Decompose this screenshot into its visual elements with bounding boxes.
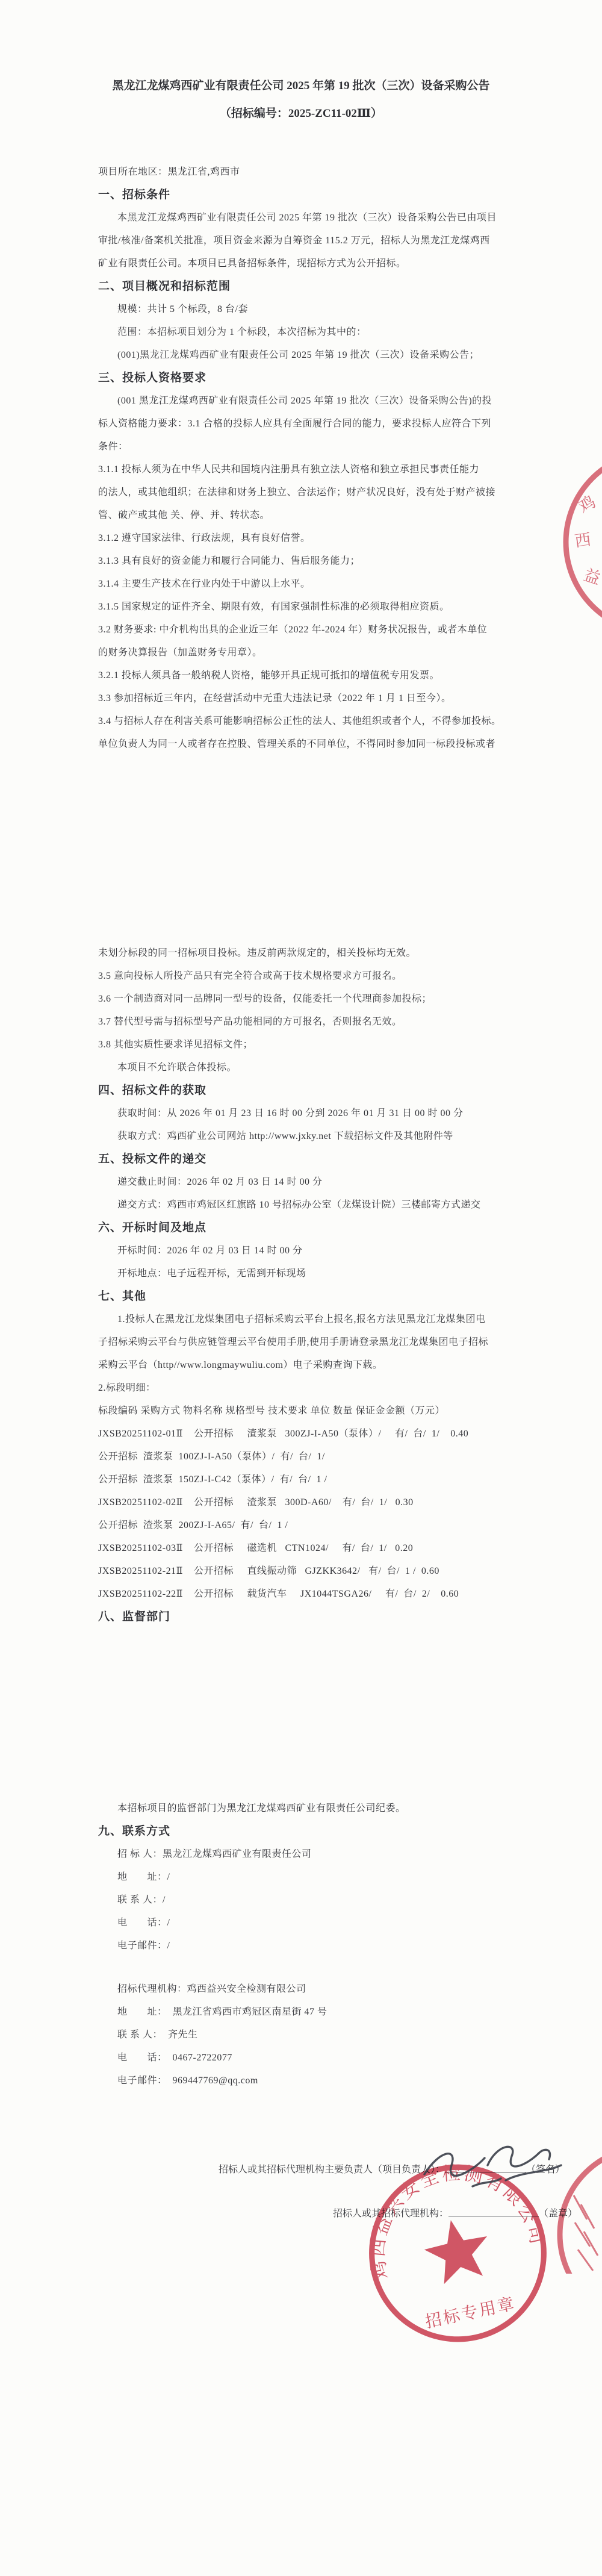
doc-line: 电子邮件： 969447769@qq.com xyxy=(98,2069,520,2092)
doc-line: 开标时间：2026 年 02 月 03 日 14 时 00 分 xyxy=(98,1240,520,1262)
doc-line: JXSB20251102-22Ⅱ 公开招标 载货汽车 JX1044TSGA26/… xyxy=(98,1583,520,1606)
doc-line: 地 址： 黑龙江省鸡西市鸡冠区南星街 47 号 xyxy=(98,2001,520,2024)
doc-line: 3.7 替代型号需与招标型号产品功能相同的方可报名，否则报名无效。 xyxy=(98,1011,520,1034)
section-heading: 八、监督部门 xyxy=(98,1606,520,1629)
doc-line: 2.标段明细： xyxy=(98,1377,520,1400)
doc-line: 联 系 人： 齐先生 xyxy=(98,2024,520,2047)
doc-line: 3.1.3 具有良好的资金能力和履行合同能力、售后服务能力； xyxy=(98,550,520,573)
body-block-2: 未划分标段的同一招标项目投标。违反前两款规定的，相关投标均无效。3.5 意向投标… xyxy=(98,942,520,1629)
doc-line: 获取方式：鸡西矿业公司网站 http://www.jxky.net 下载招标文件… xyxy=(98,1125,520,1148)
doc-line: 矿业有限责任公司。本项目已具备招标条件，现招标方式为公开招标。 xyxy=(98,252,520,275)
doc-line: 电 话：/ xyxy=(98,1912,520,1935)
section-heading: 六、开标时间及地点 xyxy=(98,1217,520,1240)
doc-line: 公开招标 渣浆泵 100ZJ-I-A50（泵体）/ 有/ 台/ 1/ xyxy=(98,1445,520,1468)
doc-line: 3.1.2 遵守国家法律、行政法规，具有良好信誉。 xyxy=(98,527,520,550)
doc-line: 范围：本招标项目划分为 1 个标段，本次招标为其中的： xyxy=(98,321,520,344)
doc-line: 地 址：/ xyxy=(98,1866,520,1889)
doc-line: 递交方式：鸡西市鸡冠区红旗路 10 号招标办公室（龙煤设计院）三楼邮寄方式递交 xyxy=(98,1194,520,1217)
doc-line: 采购云平台（http//www.longmaywuliu.com）电子采购查询下… xyxy=(98,1354,520,1377)
section-heading: 九、联系方式 xyxy=(98,1820,520,1843)
doc-line: 3.1.5 国家规定的证件齐全、期限有效，有国家强制性标准的必须取得相应资质。 xyxy=(98,596,520,619)
doc-line: 的法人，或其他组织；在法律和财务上独立、合法运作；财产状况良好，没有处于财产被接 xyxy=(98,481,520,504)
doc-line: 3.8 其他实质性要求详见招标文件； xyxy=(98,1034,520,1056)
title-line-2: （招标编号：2025-ZC11-02Ⅲ） xyxy=(0,100,602,128)
doc-line: 标人资格能力要求：3.1 合格的投标人应具有全面履行合同的能力，要求投标人应符合… xyxy=(98,413,520,435)
doc-line: 3.4 与招标人存在利害关系可能影响招标公正性的法人、其他组织或者个人，不得参加… xyxy=(98,710,520,733)
doc-line: 联 系 人：/ xyxy=(98,1889,520,1912)
doc-line: 3.1.4 主要生产技术在行业内处于中游以上水平。 xyxy=(98,573,520,596)
doc-line: 本项目不允许联合体投标。 xyxy=(98,1056,520,1079)
doc-line: 条件： xyxy=(98,435,520,458)
doc-line: (001)黑龙江龙煤鸡西矿业有限责任公司 2025 年第 19 批次（三次）设备… xyxy=(98,344,520,367)
doc-line: JXSB20251102-21Ⅱ 公开招标 直线振动筛 GJZKK3642/ 有… xyxy=(98,1560,520,1583)
doc-line: 规模：共计 5 个标段，8 台/套 xyxy=(98,298,520,321)
scanned-tender-announcement-page: 黑龙江龙煤鸡西矿业有限责任公司 2025 年第 19 批次（三次）设备采购公告 … xyxy=(0,0,602,2576)
doc-line: 本招标项目的监督部门为黑龙江龙煤鸡西矿业有限责任公司纪委。 xyxy=(98,1797,520,1820)
section-heading: 二、项目概况和招标范围 xyxy=(98,275,520,298)
document-body: 项目所在地区：黑龙江省,鸡西市一、招标条件本黑龙江龙煤鸡西矿业有限责任公司 20… xyxy=(98,161,520,2225)
doc-line: 3.2.1 投标人须具备一般纳税人资格，能够开具正规可抵扣的增值税专用发票。 xyxy=(98,664,520,687)
doc-line: 3.1.1 投标人须为在中华人民共和国境内注册具有独立法人资格和独立承担民事责任… xyxy=(98,458,520,481)
doc-line: 的财务决算报告（加盖财务专用章）。 xyxy=(98,641,520,664)
doc-line: 单位负责人为同一人或者存在控股、管理关系的不同单位，不得同时参加同一标段投标或者 xyxy=(98,733,520,756)
doc-line: 开标地点：电子远程开标，无需到开标现场 xyxy=(98,1262,520,1285)
section-heading: 四、招标文件的获取 xyxy=(98,1079,520,1102)
section-heading: 三、投标人资格要求 xyxy=(98,367,520,390)
doc-line: JXSB20251102-01Ⅱ 公开招标 渣浆泵 300ZJ-I-A50（泵体… xyxy=(98,1423,520,1445)
doc-line: 公开招标 渣浆泵 200ZJ-I-A65/ 有/ 台/ 1 / xyxy=(98,1514,520,1537)
doc-line: 未划分标段的同一招标项目投标。违反前两款规定的，相关投标均无效。 xyxy=(98,942,520,965)
doc-line: 本黑龙江龙煤鸡西矿业有限责任公司 2025 年第 19 批次（三次）设备采购公告… xyxy=(98,207,520,229)
doc-line: 3.2 财务要求: 中介机构出具的企业近三年（2022 年-2024 年）财务状… xyxy=(98,619,520,641)
body-block-1: 项目所在地区：黑龙江省,鸡西市一、招标条件本黑龙江龙煤鸡西矿业有限责任公司 20… xyxy=(98,161,520,756)
doc-line: 审批/核准/备案机关批准，项目资金来源为自筹资金 115.2 万元，招标人为黑龙… xyxy=(98,229,520,252)
section-heading: 一、招标条件 xyxy=(98,184,520,207)
doc-line: 递交截止时间：2026 年 02 月 03 日 14 时 00 分 xyxy=(98,1171,520,1194)
doc-line: JXSB20251102-03Ⅱ 公开招标 磁选机 CTN1024/ 有/ 台/… xyxy=(98,1537,520,1560)
doc-line: 招标代理机构：鸡西益兴安全检测有限公司 xyxy=(98,1978,520,2001)
doc-line: 公开招标 渣浆泵 150ZJ-I-C42（泵体）/ 有/ 台/ 1 / xyxy=(98,1468,520,1491)
doc-line: 子招标采购云平台与供应链管理云平台使用手册,使用手册请登录黑龙江龙煤集团电子招标 xyxy=(98,1331,520,1354)
doc-line: 1.投标人在黑龙江龙煤集团电子招标采购云平台上报名,报名方法见黑龙江龙煤集团电 xyxy=(98,1308,520,1331)
doc-line: (001 黑龙江龙煤鸡西矿业有限责任公司 2025 年第 19 批次（三次）设备… xyxy=(98,390,520,413)
partial-stamp-top-right: 鸡 西 益 xyxy=(560,446,602,641)
doc-line: 获取时间：从 2026 年 01 月 23 日 16 时 00 分到 2026 … xyxy=(98,1102,520,1125)
doc-line: 3.5 意向投标人所投产品只有完全符合或高于技术规格要求方可报名。 xyxy=(98,965,520,988)
doc-line: 招 标 人：黑龙江龙煤鸡西矿业有限责任公司 xyxy=(98,1843,520,1866)
svg-text:益: 益 xyxy=(582,566,602,588)
doc-line: 电 话： 0467-2722077 xyxy=(98,2047,520,2069)
doc-line: 管、破产或其他 关、停、并、转状态。 xyxy=(98,504,520,527)
body-block-3: 本招标项目的监督部门为黑龙江龙煤鸡西矿业有限责任公司纪委。九、联系方式招 标 人… xyxy=(98,1797,520,1957)
doc-line: JXSB20251102-02Ⅱ 公开招标 渣浆泵 300D-A60/ 有/ 台… xyxy=(98,1491,520,1514)
title-line-1: 黑龙江龙煤鸡西矿业有限责任公司 2025 年第 19 批次（三次）设备采购公告 xyxy=(0,72,602,100)
svg-text:西: 西 xyxy=(574,530,592,550)
doc-line: 3.6 一个制造商对同一品牌同一型号的设备，仅能委托一个代理商参加投标； xyxy=(98,988,520,1011)
section-heading: 七、其他 xyxy=(98,1285,520,1308)
document-title: 黑龙江龙煤鸡西矿业有限责任公司 2025 年第 19 批次（三次）设备采购公告 … xyxy=(0,72,602,128)
section-heading: 五、投标文件的递交 xyxy=(98,1148,520,1171)
body-block-4: 招标代理机构：鸡西益兴安全检测有限公司地 址： 黑龙江省鸡西市鸡冠区南星街 47… xyxy=(98,1978,520,2092)
doc-line: 标段编码 采购方式 物料名称 规格型号 技术要求 单位 数量 保证金金额（万元） xyxy=(98,1400,520,1423)
doc-line: 项目所在地区：黑龙江省,鸡西市 xyxy=(98,161,520,184)
doc-line: 电子邮件：/ xyxy=(98,1935,520,1957)
doc-line: 3.3 参加招标近三年内，在经营活动中无重大违法记录（2022 年 1 月 1 … xyxy=(98,687,520,710)
handwritten-signature xyxy=(415,2129,572,2210)
